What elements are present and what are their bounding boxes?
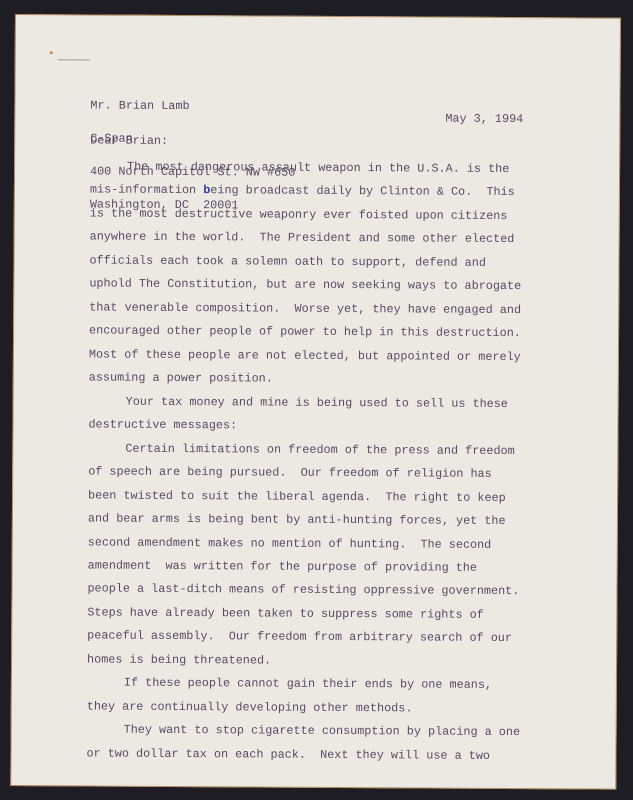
paper-blemish [42, 43, 82, 55]
letter-line: If these people cannot gain their ends b… [87, 672, 521, 698]
letter-line: amendment was written for the purpose of… [88, 554, 522, 580]
letter-line: they are continually developing other me… [87, 695, 521, 721]
letter-body: The most dangerous assault weapon in the… [86, 155, 523, 768]
letter-date: May 3, 1994 [445, 114, 523, 125]
line-text: mis-information [90, 183, 203, 198]
letter-line: assuming a power position. [89, 367, 523, 393]
letter-page: Mr. Brian Lamb C-Span 400 North Capitol … [10, 14, 621, 790]
letter-line: been twisted to suit the liberal agenda.… [88, 484, 522, 510]
letter-line: homes is being threatened. [87, 648, 521, 674]
letter-line: encouraged other people of power to help… [89, 320, 523, 346]
letter-line: anywhere in the world. The President and… [90, 226, 524, 252]
letter-line: Your tax money and mine is being used to… [89, 390, 523, 416]
letter-line: Most of these people are not elected, bu… [89, 343, 523, 369]
recipient-name: Mr. Brian Lamb [90, 100, 295, 112]
letter-line: officials each took a solemn oath to sup… [89, 249, 523, 275]
letter-line: They want to stop cigarette consumption … [87, 719, 521, 745]
line-text: eing broadcast daily by Clinton & Co. Th… [210, 184, 515, 200]
letter-line: Certain limitations on freedom of the pr… [88, 437, 522, 463]
letter-line: uphold The Constitution, but are now see… [89, 273, 523, 299]
letter-line: that venerable composition. Worse yet, t… [89, 296, 523, 322]
salutation: Dear Brian: [90, 135, 168, 146]
letter-line: The most dangerous assault weapon in the… [90, 155, 524, 181]
letter-line: and bear arms is being bent by anti-hunt… [88, 507, 522, 533]
pencil-mark [58, 59, 90, 60]
letter-line: second amendment makes no mention of hun… [88, 531, 522, 557]
letter-line: Steps have already been taken to suppres… [87, 601, 521, 627]
letter-line: people a last-ditch means of resisting o… [87, 578, 521, 604]
letter-line: destructive messages: [88, 414, 522, 440]
letter-line: or two dollar tax on each pack. Next the… [86, 742, 520, 768]
letter-line: mis-information being broadcast daily by… [90, 179, 524, 205]
letter-line: of speech are being pursued. Our freedom… [88, 461, 522, 487]
stain-mark [50, 51, 53, 54]
letter-line: is the most destructive weaponry ever fo… [90, 202, 524, 228]
letter-line: peaceful assembly. Our freedom from arbi… [87, 625, 521, 651]
